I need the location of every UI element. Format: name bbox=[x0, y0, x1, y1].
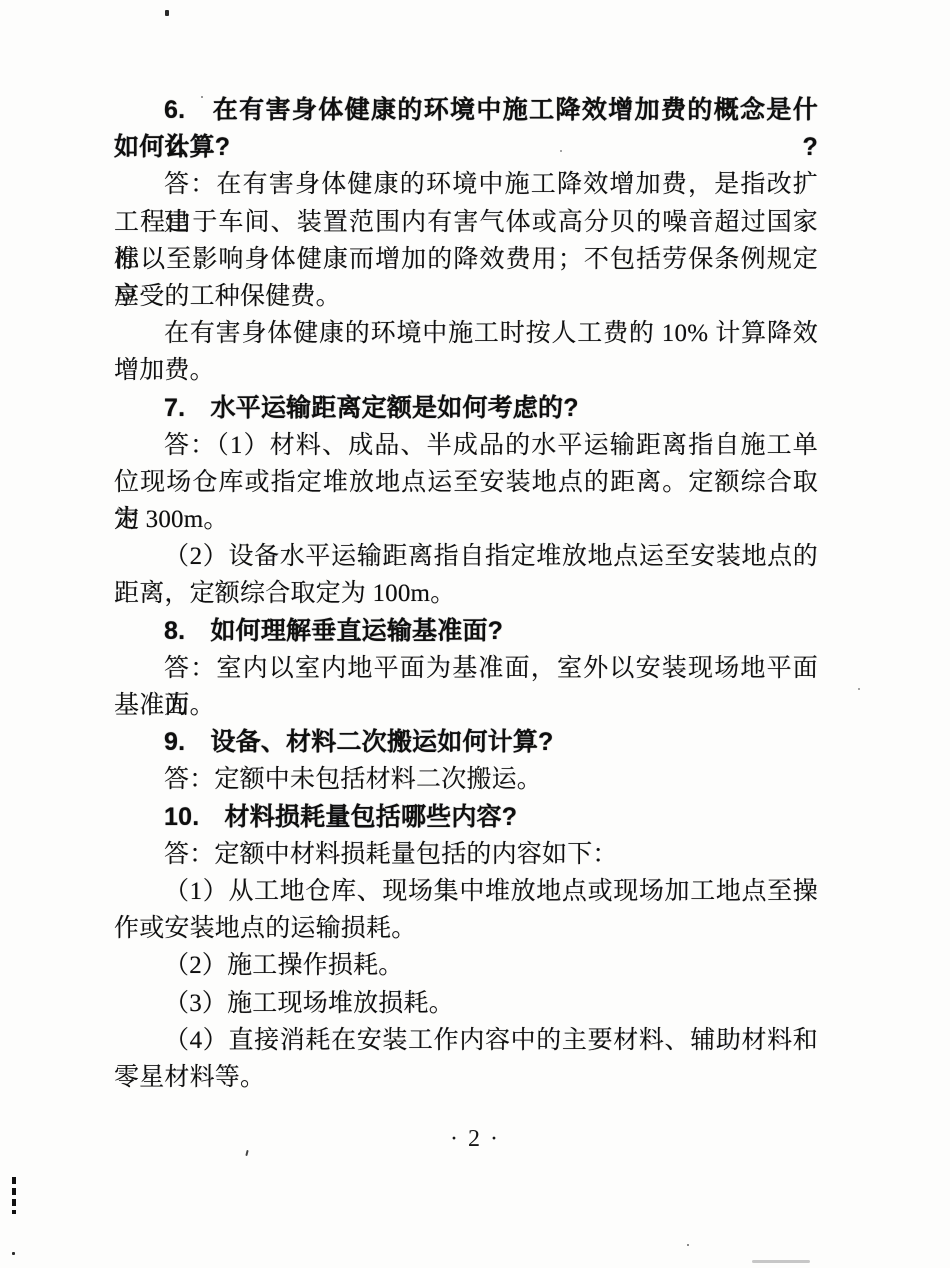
scanned-document-page: 6. 在有害身体健康的环境中施工降效增加费的概念是什么? 如何计算? 答：在有害… bbox=[0, 0, 950, 1268]
scan-speck bbox=[165, 10, 169, 16]
q7-answer-item2-line1: （2）设备水平运输距离指自指定堆放地点运至安装地点的 bbox=[114, 538, 818, 575]
q6-answer-p2-line2: 增加费。 bbox=[114, 352, 818, 389]
q8-answer-line2: 基准面。 bbox=[114, 687, 818, 724]
q7-answer-item1-line2: 位现场仓库或指定堆放地点运至安装地点的距离。定额综合取定 bbox=[114, 464, 818, 501]
q10-heading: 10. 材料损耗量包括哪些内容? bbox=[114, 799, 818, 836]
q10-item4-line1: （4）直接消耗在安装工作内容中的主要材料、辅助材料和 bbox=[114, 1022, 818, 1059]
scan-speck bbox=[687, 1244, 689, 1246]
q7-answer-item1-line3: 为 300m。 bbox=[114, 501, 818, 538]
q8-answer-line1: 答：室内以室内地平面为基准面，室外以安装现场地平面为 bbox=[114, 650, 818, 687]
scan-edge-mark bbox=[12, 1177, 16, 1214]
q10-item1-line2: 作或安装地点的运输损耗。 bbox=[114, 910, 818, 947]
scan-smudge bbox=[752, 1260, 810, 1263]
q10-item3: （3）施工现场堆放损耗。 bbox=[114, 985, 818, 1022]
page-number: · 2 · bbox=[0, 1126, 950, 1153]
scan-speck bbox=[12, 1252, 15, 1255]
q9-heading: 9. 设备、材料二次搬运如何计算? bbox=[114, 724, 818, 761]
q6-answer-p1-line3: 准以至影响身体健康而增加的降效费用；不包括劳保条例规定应 bbox=[114, 241, 818, 278]
q7-heading: 7. 水平运输距离定额是如何考虑的? bbox=[114, 390, 818, 427]
q8-heading: 8. 如何理解垂直运输基准面? bbox=[114, 613, 818, 650]
q10-item2: （2）施工操作损耗。 bbox=[114, 947, 818, 984]
q7-answer-item1-line1: 答：（1）材料、成品、半成品的水平运输距离指自施工单 bbox=[114, 427, 818, 464]
q6-answer-p1-line1: 答：在有害身体健康的环境中施工降效增加费，是指改扩建 bbox=[114, 166, 818, 203]
q6-heading-line1: 6. 在有害身体健康的环境中施工降效增加费的概念是什么? bbox=[114, 92, 818, 129]
scan-speck bbox=[201, 96, 203, 98]
q10-item4-line2: 零星材料等。 bbox=[114, 1059, 818, 1096]
q7-answer-item2-line2: 距离，定额综合取定为 100m。 bbox=[114, 575, 818, 612]
q6-answer-p2-line1: 在有害身体健康的环境中施工时按人工费的 10% 计算降效 bbox=[114, 315, 818, 352]
q9-answer: 答：定额中未包括材料二次搬运。 bbox=[114, 761, 818, 798]
q6-answer-p1-line4: 享受的工种保健费。 bbox=[114, 278, 818, 315]
text-block: 6. 在有害身体健康的环境中施工降效增加费的概念是什么? 如何计算? 答：在有害… bbox=[114, 92, 818, 1096]
q10-item1-line1: （1）从工地仓库、现场集中堆放地点或现场加工地点至操 bbox=[114, 873, 818, 910]
scan-speck bbox=[245, 1150, 248, 1156]
scan-speck bbox=[858, 688, 860, 690]
q10-answer-intro: 答：定额中材料损耗量包括的内容如下： bbox=[114, 836, 818, 873]
q6-answer-p1-line2: 工程由于车间、装置范围内有害气体或高分贝的噪音超过国家标 bbox=[114, 204, 818, 241]
scan-speck bbox=[560, 150, 562, 152]
